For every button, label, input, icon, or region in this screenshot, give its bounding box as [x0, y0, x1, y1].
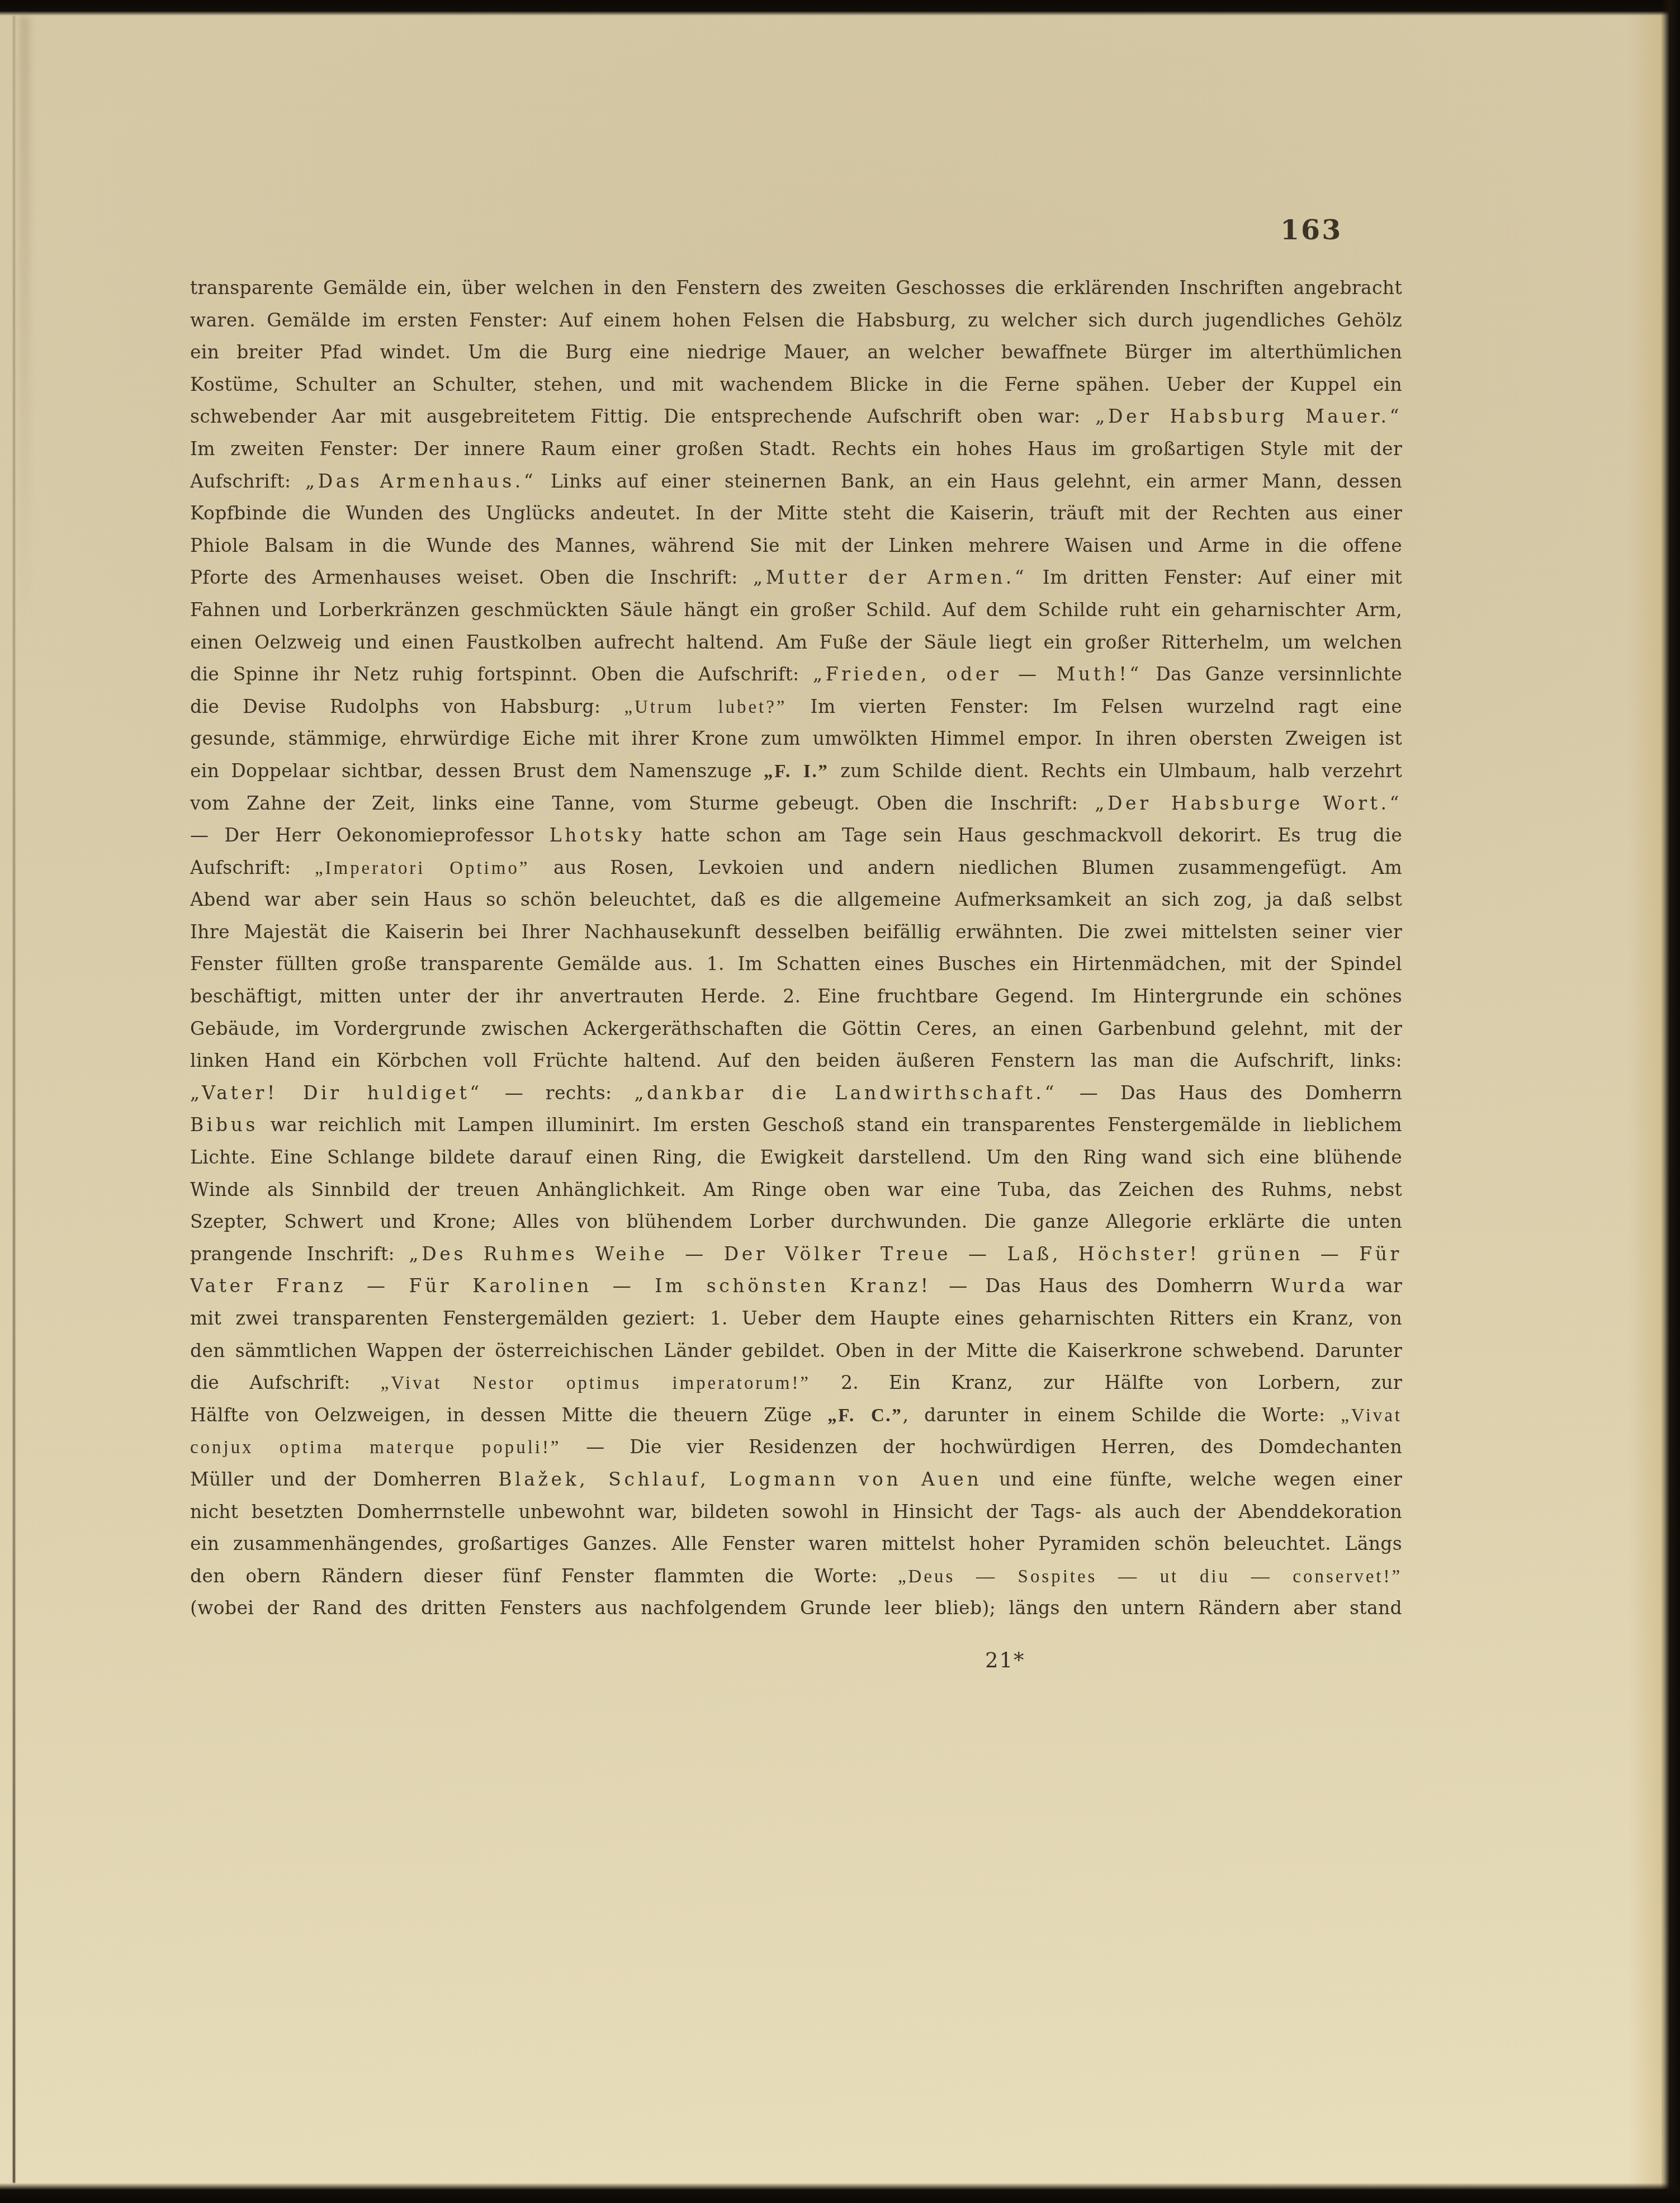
gutter-crease [13, 16, 15, 2183]
fraktur-text: Szepter, Schwert und Krone; Alles von bl… [190, 1211, 1402, 1232]
spaced-emphasis-text: „Frieden, oder — Muth!“ [813, 663, 1142, 685]
fraktur-text: — rechts: [482, 1082, 635, 1104]
text-line: den obern Rändern dieser fünf Fenster fl… [190, 1560, 1402, 1592]
text-line: Aufschrift: „Das Armenhaus.“ Links auf e… [190, 465, 1402, 498]
text-line: nicht besetzten Domherrnstelle unbewohnt… [190, 1496, 1402, 1528]
text-line: (wobei der Rand des dritten Fensters aus… [190, 1592, 1402, 1624]
text-line: Phiole Balsam in die Wunde des Mannes, w… [190, 530, 1402, 562]
book-page-scan: 163 transparente Gemälde ein, über welch… [0, 0, 1680, 2203]
fraktur-text: den obern Rändern dieser fünf Fenster fl… [190, 1565, 898, 1587]
fraktur-text: Links auf einer steinernen Bank, an ein … [536, 470, 1402, 492]
fraktur-text: 2. Ein Kranz, zur Hälfte von Lorbern, zu… [811, 1372, 1402, 1393]
fraktur-text: transparente Gemälde ein, über welchen i… [190, 277, 1402, 299]
latin-antiqua-bold-text: „F. C.” [827, 1406, 902, 1426]
text-line: ein breiter Pfad windet. Um die Burg ein… [190, 336, 1402, 368]
latin-antiqua-bold-text: „F. I.” [764, 762, 829, 782]
spaced-emphasis-text: Lhotsky [550, 824, 645, 846]
fraktur-text: — Das Haus des Domherrn [931, 1275, 1271, 1297]
spaced-emphasis-text: „Das Armenhaus.“ [305, 470, 536, 492]
fraktur-text: waren. Gemälde im ersten Fenster: Auf ei… [190, 309, 1402, 331]
fraktur-text: den sämmtlichen Wappen der österreichisc… [190, 1340, 1402, 1361]
text-line: Bibus war reichlich mit Lampen illuminir… [190, 1109, 1402, 1141]
text-line: Abend war aber sein Haus so schön beleuc… [190, 883, 1402, 916]
latin-antiqua-text: „Utrum lubet?” [624, 697, 787, 717]
fraktur-text: ein breiter Pfad windet. Um die Burg ein… [190, 341, 1402, 363]
fraktur-text: die Devise Rudolphs von Habsburg: [190, 696, 624, 717]
fraktur-text: — Das Haus des Domherrn [1057, 1082, 1402, 1104]
fraktur-text: hatte schon am Tage sein Haus geschmackv… [645, 824, 1402, 846]
spaced-emphasis-text: Vater Franz — Für Karolinen — Im schönst… [190, 1275, 931, 1297]
fraktur-text: Winde als Sinnbild der treuen Anhänglich… [190, 1179, 1402, 1200]
scan-edge-top [0, 0, 1680, 16]
spaced-emphasis-text: Wurda [1271, 1275, 1348, 1297]
fraktur-text: — Die vier Residenzen der hochwürdigen H… [561, 1436, 1402, 1458]
text-line: beschäftigt, mitten unter der ihr anvert… [190, 980, 1402, 1013]
text-line: Fahnen und Lorberkränzen geschmückten Sä… [190, 594, 1402, 626]
scan-edge-right [1661, 0, 1680, 2203]
fraktur-text: linken Hand ein Körbchen voll Früchte ha… [190, 1050, 1402, 1071]
text-line: Im zweiten Fenster: Der innere Raum eine… [190, 433, 1402, 465]
text-line: Aufschrift: „Imperatori Optimo” aus Rose… [190, 852, 1402, 884]
fraktur-text: , darunter in einem Schilde die Worte: [902, 1404, 1341, 1426]
fraktur-text: einen Oelzweig und einen Faustkolben auf… [190, 631, 1402, 653]
text-line: Szepter, Schwert und Krone; Alles von bl… [190, 1205, 1402, 1238]
fraktur-text: Ihre Majestät die Kaiserin bei Ihrer Nac… [190, 921, 1402, 943]
text-line: einen Oelzweig und einen Faustkolben auf… [190, 626, 1402, 659]
text-line: Hälfte von Oelzweigen, in dessen Mitte d… [190, 1399, 1402, 1431]
fraktur-text: gesunde, stämmige, ehrwürdige Eiche mit … [190, 727, 1402, 749]
fraktur-text: Fahnen und Lorberkränzen geschmückten Sä… [190, 599, 1402, 621]
fraktur-text: beschäftigt, mitten unter der ihr anvert… [190, 985, 1402, 1007]
fraktur-text: schwebender Aar mit ausgebreitetem Fitti… [190, 405, 1095, 427]
text-line: Kopfbinde die Wunden des Unglücks andeut… [190, 497, 1402, 530]
text-line: Pforte des Armenhauses weiset. Oben die … [190, 561, 1402, 594]
fraktur-text: Im dritten Fenster: Auf einer mit [1027, 566, 1402, 588]
text-line: die Spinne ihr Netz ruhig fortspinnt. Ob… [190, 658, 1402, 691]
text-line: Gebäude, im Vordergrunde zwischen Ackerg… [190, 1013, 1402, 1045]
text-line: prangende Inschrift: „Des Ruhmes Weihe —… [190, 1238, 1402, 1270]
text-line: Fenster füllten große transparente Gemäl… [190, 948, 1402, 980]
text-line: „Vater! Dir huldiget“ — rechts: „dankbar… [190, 1077, 1402, 1109]
fraktur-text: zum Schilde dient. Rechts ein Ulmbaum, h… [829, 760, 1402, 782]
text-line: gesunde, stämmige, ehrwürdige Eiche mit … [190, 722, 1402, 755]
spaced-emphasis-text: „dankbar die Landwirthschaft.“ [634, 1082, 1057, 1104]
fraktur-text: Aufschrift: [190, 857, 315, 878]
fraktur-text: Fenster füllten große transparente Gemäl… [190, 953, 1402, 975]
fraktur-text: und eine fünfte, welche wegen einer [982, 1468, 1402, 1490]
text-line: — Der Herr Oekonomieprofessor Lhotsky ha… [190, 819, 1402, 852]
scan-edge-bottom [0, 2183, 1680, 2203]
fraktur-text: nicht besetzten Domherrnstelle unbewohnt… [190, 1501, 1402, 1523]
text-line: mit zwei transparenten Fenstergemälden g… [190, 1302, 1402, 1335]
fraktur-text: ein zusammenhängendes, großartiges Ganze… [190, 1533, 1402, 1554]
fraktur-text: Hälfte von Oelzweigen, in dessen Mitte d… [190, 1404, 827, 1426]
fraktur-text: Aufschrift: [190, 470, 305, 492]
fraktur-text: war [1348, 1275, 1402, 1297]
fraktur-text: vom Zahne der Zeit, links eine Tanne, vo… [190, 792, 1095, 814]
latin-antiqua-text: „Vivat Nestor optimus imperatorum!” [381, 1373, 811, 1393]
fraktur-text: Phiole Balsam in die Wunde des Mannes, w… [190, 535, 1402, 556]
text-line: conjux optima materque populi!” — Die vi… [190, 1431, 1402, 1463]
text-line: Winde als Sinnbild der treuen Anhänglich… [190, 1174, 1402, 1206]
fraktur-text: war reichlich mit Lampen illuminirt. Im … [258, 1114, 1402, 1136]
spaced-emphasis-text: „Mutter der Armen.“ [753, 566, 1027, 588]
text-line: vom Zahne der Zeit, links eine Tanne, vo… [190, 787, 1402, 820]
gutter-crease-shadow [20, 16, 29, 631]
fraktur-text: Kostüme, Schulter an Schulter, stehen, u… [190, 374, 1402, 395]
text-line: die Devise Rudolphs von Habsburg: „Utrum… [190, 691, 1402, 723]
text-line: ein Doppelaar sichtbar, dessen Brust dem… [190, 755, 1402, 787]
text-line: Lichte. Eine Schlange bildete darauf ein… [190, 1141, 1402, 1174]
text-line: linken Hand ein Körbchen voll Früchte ha… [190, 1044, 1402, 1077]
fraktur-text: Pforte des Armenhauses weiset. Oben die … [190, 566, 753, 588]
fraktur-text: Müller und der Domherren [190, 1468, 498, 1490]
scan-edge-right-tint [1627, 0, 1663, 2203]
text-line: Vater Franz — Für Karolinen — Im schönst… [190, 1270, 1402, 1302]
fraktur-text: — Der Herr Oekonomieprofessor [190, 824, 550, 846]
fraktur-text: Lichte. Eine Schlange bildete darauf ein… [190, 1146, 1402, 1168]
text-line: schwebender Aar mit ausgebreitetem Fitti… [190, 400, 1402, 433]
text-line: den sämmtlichen Wappen der österreichisc… [190, 1335, 1402, 1367]
latin-antiqua-text: „Vivat [1341, 1406, 1402, 1426]
fraktur-text: Das Ganze versinnlichte [1142, 663, 1402, 685]
spaced-emphasis-text: „Der Habsburg Mauer.“ [1095, 405, 1402, 427]
page-number: 163 [1280, 214, 1342, 246]
text-line: transparente Gemälde ein, über welchen i… [190, 272, 1402, 304]
fraktur-text: Kopfbinde die Wunden des Unglücks andeut… [190, 502, 1402, 524]
text-line: waren. Gemälde im ersten Fenster: Auf ei… [190, 304, 1402, 337]
fraktur-text: aus Rosen, Levkoien und andern niedliche… [529, 857, 1402, 878]
text-line: die Aufschrift: „Vivat Nestor optimus im… [190, 1367, 1402, 1399]
latin-antiqua-text: „Deus — Sospites — ut diu — conservet!” [898, 1567, 1402, 1587]
spaced-emphasis-text: „Vater! Dir huldiget“ [190, 1082, 482, 1104]
fraktur-text: Im vierten Fenster: Im Felsen wurzelnd r… [787, 696, 1402, 717]
signature-mark: 21* [985, 1648, 1025, 1672]
latin-antiqua-text: conjux optima materque populi!” [190, 1438, 561, 1458]
fraktur-text: Im zweiten Fenster: Der innere Raum eine… [190, 438, 1402, 460]
fraktur-text: die Aufschrift: [190, 1372, 381, 1393]
fraktur-text: Abend war aber sein Haus so schön beleuc… [190, 888, 1402, 910]
text-line: ein zusammenhängendes, großartiges Ganze… [190, 1528, 1402, 1560]
spaced-emphasis-text: „Der Habsburge Wort.“ [1095, 792, 1402, 814]
fraktur-text: prangende Inschrift: [190, 1243, 409, 1265]
spaced-emphasis-text: Blažek, Schlauf, Logmann von Auen [498, 1468, 982, 1490]
spaced-emphasis-text: Bibus [190, 1114, 258, 1136]
fraktur-text: Gebäude, im Vordergrunde zwischen Ackerg… [190, 1018, 1402, 1039]
text-line: Ihre Majestät die Kaiserin bei Ihrer Nac… [190, 916, 1402, 948]
fraktur-text: die Spinne ihr Netz ruhig fortspinnt. Ob… [190, 663, 813, 685]
text-line: Müller und der Domherren Blažek, Schlauf… [190, 1463, 1402, 1496]
text-block: transparente Gemälde ein, über welchen i… [190, 272, 1402, 1624]
fraktur-text: ein Doppelaar sichtbar, dessen Brust dem… [190, 760, 764, 782]
spaced-emphasis-text: „Des Ruhmes Weihe — Der Völker Treue — L… [409, 1243, 1402, 1265]
text-line: Kostüme, Schulter an Schulter, stehen, u… [190, 368, 1402, 401]
fraktur-text: mit zwei transparenten Fenstergemälden g… [190, 1307, 1402, 1329]
fraktur-text: (wobei der Rand des dritten Fensters aus… [190, 1597, 1402, 1619]
latin-antiqua-text: „Imperatori Optimo” [315, 858, 530, 878]
